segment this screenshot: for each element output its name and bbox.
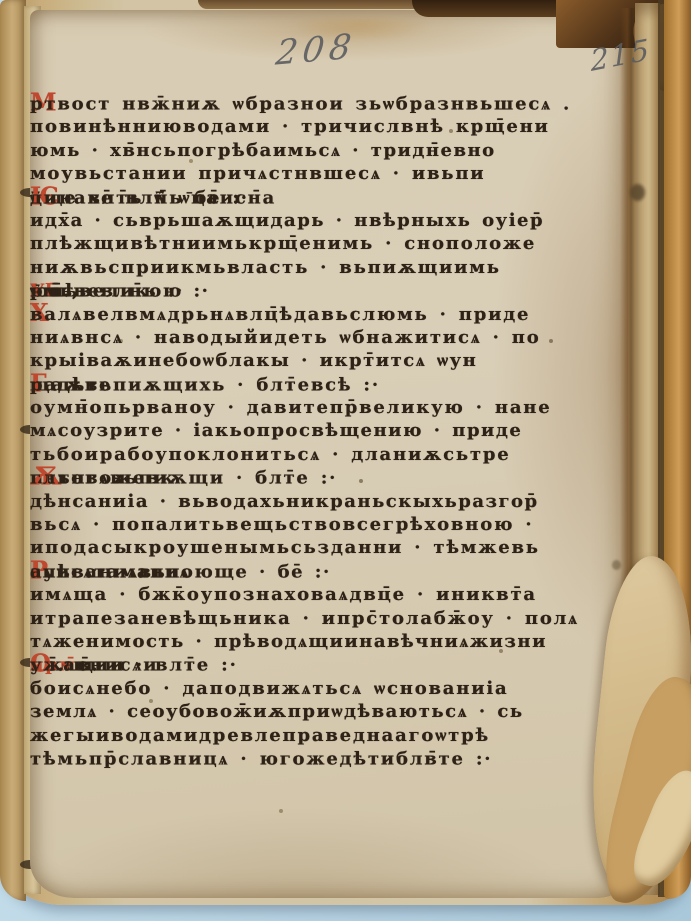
- manuscript-line: землѧ · сеоубовож̄иѫприѡдѣваютьсѧ · сь: [30, 701, 575, 724]
- manuscript-line: ниѧвнсѧ · наводыйидеть ѡбнажитисѧ · по: [30, 327, 575, 350]
- ink-text: ауисѧтаманиѧ: [30, 561, 190, 582]
- ink-text: моувьстании причѧстнвшесѧ · ивьпи: [30, 163, 485, 184]
- folio-number-center: 208: [274, 26, 359, 74]
- ink-text: тѣмьпр̄славницѧ · югожедѣтиблв̄те :·: [30, 749, 492, 770]
- manuscript-line: тѣмьпр̄славницѧ · югожедѣтиблв̄те :·: [30, 749, 575, 772]
- page-specks: [30, 10, 32, 12]
- manuscript-line: спѣваниѧвьпоюще · бе̄ :· Рауисѧтаманиѧ: [30, 561, 575, 584]
- manuscript-line: идх̄а · сьврьшаѫщидарь · нвѣрныхь оуіер̄: [30, 210, 575, 233]
- manuscript-line: крыіваѫинебоѡблакы · икрт̄итсѧ ѡун: [30, 350, 575, 373]
- manuscript-line: щаѫвьпиѫщихь · блт̄евсѣ :· Градѣте: [30, 374, 575, 397]
- manuscript-line: вьсѧ · попалитьвещьствовсегрѣховною ·: [30, 514, 575, 537]
- manuscript-line: петовѧвьпиѫщи · блт̄е :· Ѫгльнгожевк: [30, 468, 575, 491]
- manuscript-line: иподасыкроушенымьсьзданни · тѣмжевь: [30, 537, 575, 560]
- ink-text: дѣнсаниіа · вьводахьникраньскыхьразгор̄: [30, 491, 539, 512]
- ink-text: иподасыкроушенымьсьзданни · тѣмжевь: [30, 537, 540, 558]
- ink-text: ужаснисѧи: [30, 655, 158, 676]
- binding-left-cover: [0, 0, 26, 901]
- manuscript-line: оумн̄опьрваноу · давитепр̄великую · нане: [30, 397, 575, 420]
- manuscript-text-block: Мртвост нвж̄ниѫ ѡбразнои зьѡбразнвьшесѧ …: [30, 93, 575, 771]
- manuscript-line: тьбоирабоупоклонитьсѧ · дланиѫсьтре: [30, 444, 575, 467]
- stain-blot: [612, 560, 621, 570]
- manuscript-line: имѧща · бжк̄оупознаховаѧдвц̄е · иниквт̄а: [30, 584, 575, 607]
- manuscript-line: Хвалѧвелвмѧдрьнѧвлц̄ѣдавьслюмь · приде: [30, 304, 575, 327]
- manuscript-line: полщии · влт̄е :· ирм̄. і̄. в̄. Оужаснис…: [30, 655, 575, 678]
- manuscript-line: ѿще хе̄ влн̄ь бе̄ :· Ѥдинавлт̄ь ѿ ѡ̄цаис…: [30, 187, 575, 210]
- ink-text: радѣте: [30, 374, 112, 395]
- manuscript-line: жегыиводамидревлеправеднаагоѡтрѣ: [30, 725, 575, 748]
- manuscript-line: боисѧнебо · даподвижѧтьсѧ ѡснованиіа: [30, 678, 575, 701]
- ink-text: вьсѧ · попалитьвещьствовсегрѣховною ·: [30, 514, 533, 535]
- ink-text: юпѣвеликою :·: [30, 281, 209, 302]
- top-leaf-edge: [198, 0, 430, 9]
- manuscript-photo: 208 215 Мртвост нвж̄ниѫ ѡбразнои зьѡбраз…: [0, 0, 691, 921]
- manuscript-line: плѣжщивѣтниимькрщ̄енимь · сноположе: [30, 233, 575, 256]
- ink-text: итрапезаневѣщьника · ипрс̄толабж̄оу · по…: [30, 608, 579, 629]
- manuscript-line: моувьстании причѧстнвшесѧ · ивьпи: [30, 163, 575, 186]
- ink-text: плѣжщивѣтниимькрщ̄енимь · сноположе: [30, 233, 536, 254]
- manuscript-line: ниѫвьсприикмьвласть · вьпиѫщиимь: [30, 257, 575, 280]
- ink-text: ниѧвнсѧ · наводыйидеть ѡбнажитисѧ · по: [30, 327, 541, 348]
- ink-text: тѧженимость · прѣводѧщиинавѣчниѧжизни: [30, 631, 547, 652]
- manuscript-line: повинѣнниюводами · тричислвнѣ крщ̄ени: [30, 116, 575, 139]
- ink-text: мѧсоузрите · іакьопросвѣщению · приде: [30, 420, 522, 441]
- manuscript-line: Мртвост нвж̄ниѫ ѡбразнои зьѡбразнвьшесѧ …: [30, 94, 575, 117]
- ink-text: идх̄а · сьврьшаѫщидарь · нвѣрныхь оуіер̄: [30, 210, 544, 231]
- ink-text: землѧ · сеоубовож̄иѫприѡдѣваютьсѧ · сь: [30, 701, 524, 722]
- ink-text: имѧща · бжк̄оупознаховаѧдвц̄е · иниквт̄а: [30, 584, 537, 605]
- manuscript-line: мѧсоузрите · іакьопросвѣщению · приде: [30, 420, 575, 443]
- ink-text: ниѫвьсприикмьвласть · вьпиѫщиимь: [30, 257, 501, 278]
- ink-text: валѧвелвмѧдрьнѧвлц̄ѣдавьслюмь · приде: [30, 304, 530, 325]
- manuscript-line: ѿмьвевлн̄ь :· пѣ̄. н̄. ирм̄ , Уюпѣвелико…: [30, 281, 575, 304]
- ink-text: жегыиводамидревлеправеднаагоѡтрѣ: [30, 725, 490, 746]
- ink-text: оумн̄опьрваноу · давитепр̄великую · нане: [30, 397, 552, 418]
- ink-text: боисѧнебо · даподвижѧтьсѧ ѡснованиіа: [30, 678, 509, 699]
- manuscript-line: итрапезаневѣщьника · ипрс̄толабж̄оу · по…: [30, 608, 575, 631]
- ink-text: гльнгожевк: [30, 468, 175, 489]
- ink-text: юмь · хв̄нсьпогрѣбаимьсѧ · тридн̄евно: [30, 140, 496, 161]
- ink-text: ртвост нвж̄ниѫ ѡбразнои зьѡбразнвьшесѧ .: [30, 94, 571, 115]
- manuscript-line: дѣнсаниіа · вьводахьникраньскыхьразгор̄: [30, 491, 575, 514]
- ink-text: крыіваѫинебоѡблакы · икрт̄итсѧ ѡун: [30, 350, 477, 371]
- ink-text: тьбоирабоупоклонитьсѧ · дланиѫсьтре: [30, 444, 510, 465]
- ink-text: динавлт̄ь ѿ ѡ̄цаисн̄а: [30, 187, 276, 208]
- manuscript-line: юмь · хв̄нсьпогрѣбаимьсѧ · тридн̄евно: [30, 140, 575, 163]
- ink-text: повинѣнниюводами · тричислвнѣ крщ̄ени: [30, 116, 550, 137]
- stain-blot: [630, 184, 645, 201]
- manuscript-line: тѧженимость · прѣводѧщиинавѣчниѧжизни: [30, 631, 575, 654]
